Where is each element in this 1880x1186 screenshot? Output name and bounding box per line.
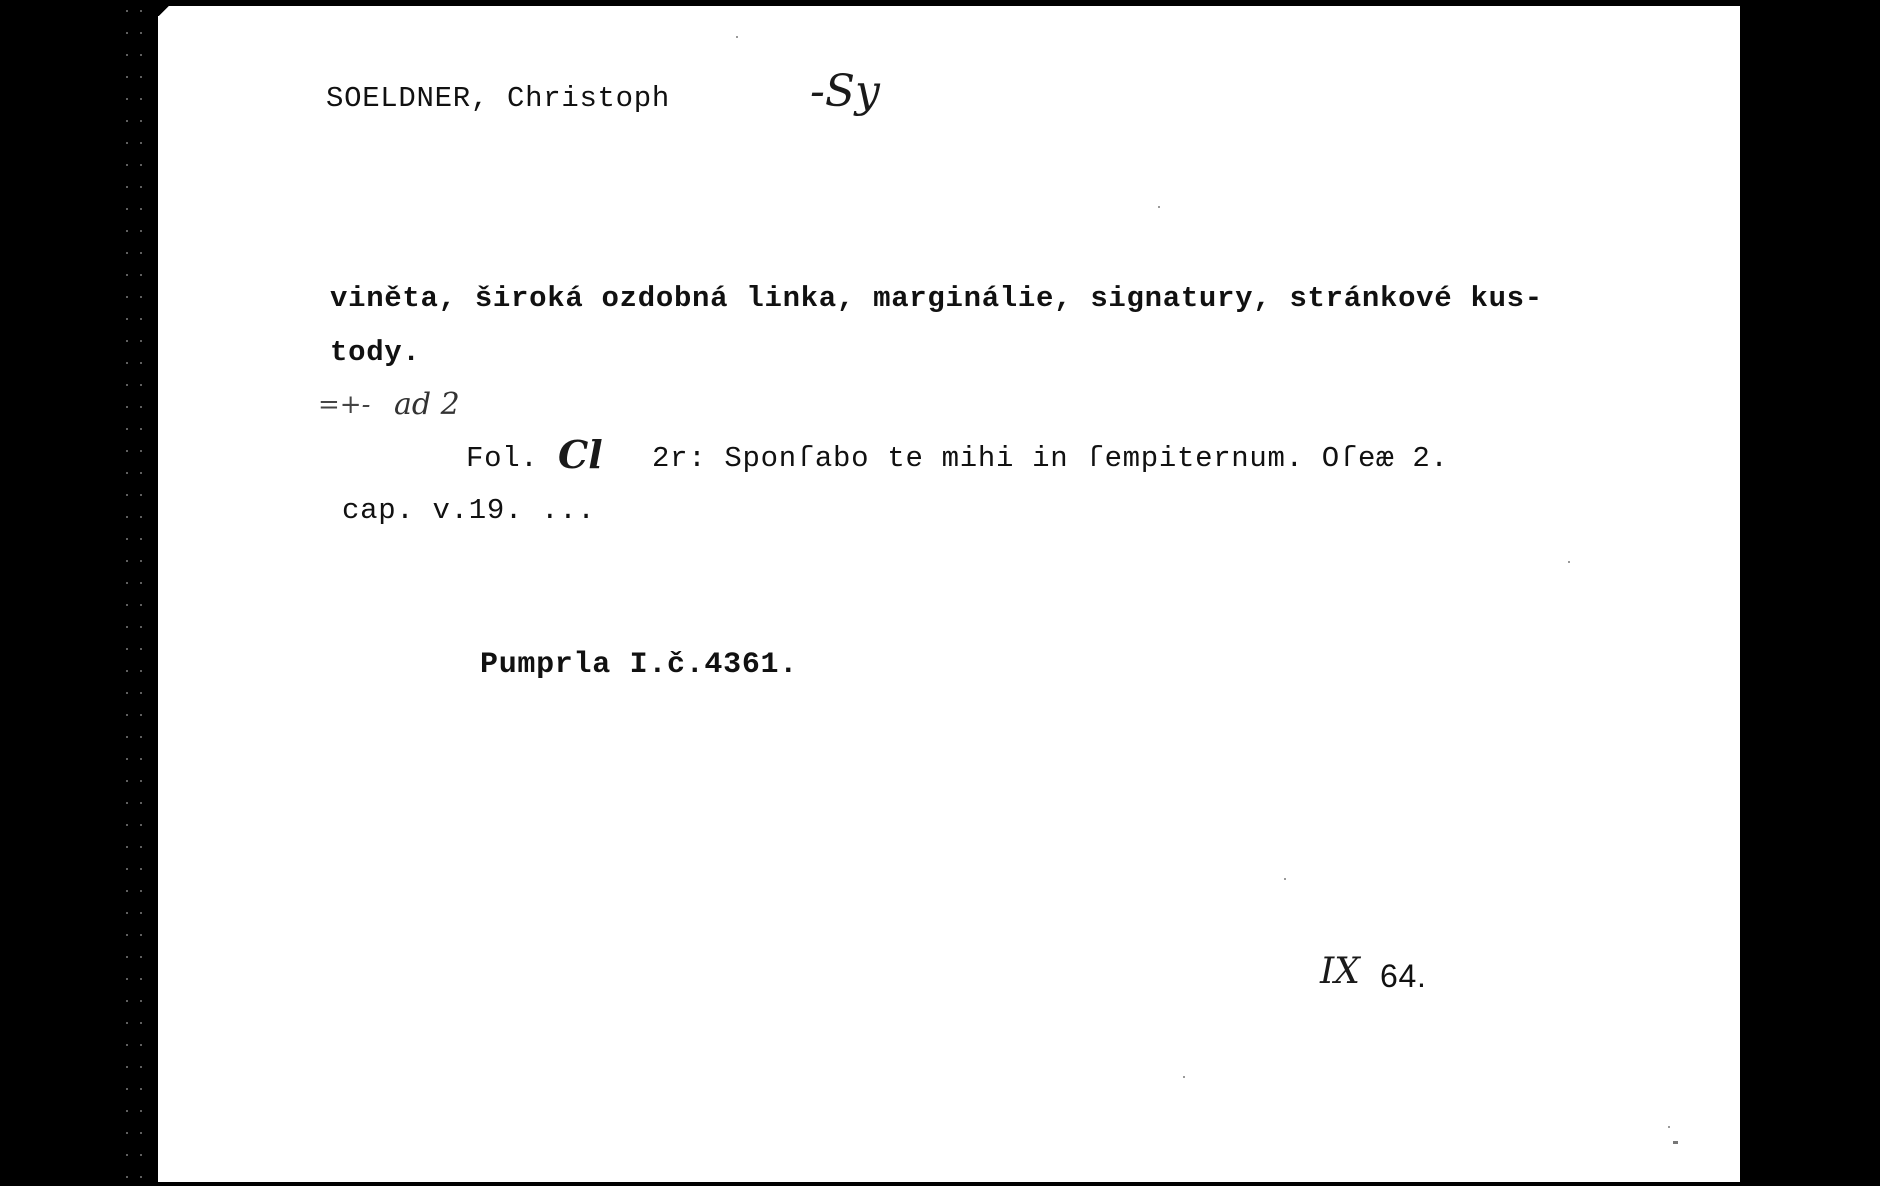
scan-speck xyxy=(1183,1076,1185,1078)
quote-line-2: cap. v.19. ... xyxy=(342,496,595,525)
scan-frame: SOELDNER, Christoph -Sy viněta, široká o… xyxy=(0,0,1880,1186)
scan-speck xyxy=(1158,206,1160,208)
card-heading-annotation: -Sy xyxy=(810,70,880,114)
library-reference: Pumprla I.č.4361. xyxy=(480,650,798,680)
handwritten-note: ad 2 xyxy=(394,390,460,420)
handwritten-mark: =+- xyxy=(318,392,370,418)
quote-folio-prefix: Fol. xyxy=(466,444,538,473)
catalog-card: SOELDNER, Christoph -Sy viněta, široká o… xyxy=(158,6,1740,1182)
scan-speck xyxy=(736,36,738,38)
quote-handwritten-folio: Cl xyxy=(558,436,603,474)
footer-number: 64. xyxy=(1380,960,1427,992)
card-heading-name: SOELDNER, Christoph xyxy=(326,84,670,113)
stamp-mark xyxy=(1673,1141,1678,1144)
scan-speck xyxy=(1668,1126,1670,1128)
scan-speck xyxy=(1568,561,1570,563)
card-corner xyxy=(158,6,172,16)
description-line-1: viněta, široká ozdobná linka, marginálie… xyxy=(330,284,1543,313)
footer-handwritten-mark: IX xyxy=(1320,954,1360,990)
film-perforations xyxy=(120,0,150,1186)
scan-speck xyxy=(1284,878,1286,880)
description-line-2: tody. xyxy=(330,338,421,367)
quote-line-1: 2r: Sponſabo te mihi in ſempiternum. Oſe… xyxy=(652,444,1449,473)
